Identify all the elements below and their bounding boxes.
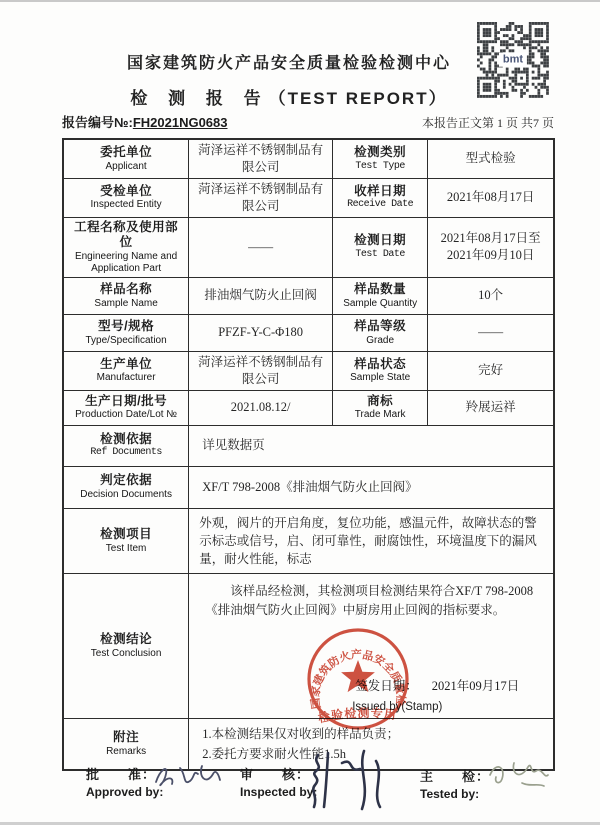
label-cell: 样品等级Grade xyxy=(333,314,428,351)
label-cell: 样品状态Sample State xyxy=(333,351,428,390)
value-cell: XF/T 798-2008《排油烟气防火止回阀》 xyxy=(189,466,554,508)
field-label-zh: 样品名称 xyxy=(68,282,184,298)
label-cell: 型号/规格Type/Specification xyxy=(63,314,189,351)
tested-by-label-en: Tested by: xyxy=(420,787,490,801)
report-title-en: （TEST REPORT） xyxy=(269,89,448,108)
inspected-signature xyxy=(302,745,392,815)
field-label-zh: 检测依据 xyxy=(68,432,184,448)
label-cell: 检测结论Test Conclusion xyxy=(63,573,189,718)
stamp-star xyxy=(341,660,375,692)
table-row-ref-documents: 检测依据Ref Documents 详见数据页 xyxy=(63,425,554,466)
value-cell: —— xyxy=(428,314,554,351)
label-cell: 生产单位Manufacturer xyxy=(63,351,189,390)
field-label-zh: 判定依据 xyxy=(68,473,184,489)
report-number-line: 报告编号№:FH2021NG0683 本报告正文第 1 页 共7 页 xyxy=(62,112,554,131)
field-label-zh: 样品状态 xyxy=(337,357,423,373)
label-cell: 检测类别Test Type xyxy=(333,139,428,178)
field-label-zh: 检测类别 xyxy=(337,145,423,161)
value-cell: 2021年08月17日 xyxy=(428,178,554,217)
report-number-value: FH2021NG0683 xyxy=(133,115,228,130)
field-label-en: Engineering Name and Application Part xyxy=(68,251,184,275)
value-cell: 菏泽运祥不锈钢制品有限公司 xyxy=(189,178,333,217)
label-cell: 生产日期/批号Production Date/Lot № xyxy=(63,390,189,425)
field-label-en: Production Date/Lot № xyxy=(68,409,184,421)
label-cell: 检测日期Test Date xyxy=(333,217,428,277)
label-cell: 商标Trade Mark xyxy=(333,390,428,425)
field-label-zh: 型号/规格 xyxy=(68,319,184,335)
value-cell: 10个 xyxy=(428,277,554,314)
qr-code: bmt xyxy=(477,22,549,98)
value-cell: 型式检验 xyxy=(428,139,554,178)
field-label-en: Ref Documents xyxy=(68,447,184,459)
field-label-en: Trade Mark xyxy=(337,409,423,421)
value-cell: 外观，阀片的开启角度，复位功能，感温元件，故障状态的警示标志或信号，启、闭可靠性… xyxy=(189,508,554,573)
value-cell: —— xyxy=(189,217,333,277)
table-row-applicant: 委托单位Applicant 菏泽运祥不锈钢制品有限公司 检测类别Test Typ… xyxy=(63,139,554,178)
table-row-sample-name: 样品名称Sample Name 排油烟气防火止回阀 样品数量Sample Qua… xyxy=(63,277,554,314)
qr-center-label: bmt xyxy=(499,53,527,67)
value-cell: 菏泽运祥不锈钢制品有限公司 xyxy=(189,139,333,178)
value-cell: 2021年08月17日至2021年09月10日 xyxy=(428,217,554,277)
field-label-zh: 样品数量 xyxy=(337,282,423,298)
value-cell: 2021.08.12/ xyxy=(189,390,333,425)
value-cell: 详见数据页 xyxy=(189,425,554,466)
table-row-decision-documents: 判定依据Decision Documents XF/T 798-2008《排油烟… xyxy=(63,466,554,508)
field-label-en: Grade xyxy=(337,335,423,347)
tested-by-block: 主 检： Tested by: xyxy=(420,766,490,801)
value-cell: PFZF-Y-C-Φ180 xyxy=(189,314,333,351)
field-label-zh: 检测结论 xyxy=(68,632,184,648)
label-cell: 检测依据Ref Documents xyxy=(63,425,189,466)
field-label-zh: 委托单位 xyxy=(68,145,184,161)
table-row-type-specification: 型号/规格Type/Specification PFZF-Y-C-Φ180 样品… xyxy=(63,314,554,351)
field-label-en: Applicant xyxy=(68,161,184,173)
field-label-zh: 生产单位 xyxy=(68,357,184,373)
report-page: 国家建筑防火产品安全质量检验检测中心 检 测 报 告（TEST REPORT） … xyxy=(0,0,600,825)
field-label-en: Sample Name xyxy=(68,298,184,310)
label-cell: 受检单位Inspected Entity xyxy=(63,178,189,217)
label-cell: 收样日期Receive Date xyxy=(333,178,428,217)
report-number-label: 报告编号№: xyxy=(62,115,133,130)
label-cell: 判定依据Decision Documents xyxy=(63,466,189,508)
field-label-en: Sample State xyxy=(337,372,423,384)
label-cell: 样品名称Sample Name xyxy=(63,277,189,314)
field-label-zh: 检测日期 xyxy=(337,233,423,249)
field-label-zh: 附注 xyxy=(68,730,184,746)
approved-signature xyxy=(150,756,225,801)
field-label-zh: 样品等级 xyxy=(337,319,423,335)
table-row-engineering-name: 工程名称及使用部位Engineering Name and Applicatio… xyxy=(63,217,554,277)
field-label-zh: 商标 xyxy=(337,394,423,410)
scan-edge-top xyxy=(0,0,600,2)
report-title-zh: 检 测 报 告 xyxy=(130,89,268,108)
field-label-en: Sample Quantity xyxy=(337,298,423,310)
table-row-manufacturer: 生产单位Manufacturer 菏泽运祥不锈钢制品有限公司 样品状态Sampl… xyxy=(63,351,554,390)
field-label-en: Test Date xyxy=(337,249,423,261)
field-label-en: Type/Specification xyxy=(68,335,184,347)
field-label-zh: 检测项目 xyxy=(68,527,184,543)
field-label-en: Test Item xyxy=(68,543,184,555)
table-row-production-date: 生产日期/批号Production Date/Lot № 2021.08.12/… xyxy=(63,390,554,425)
field-label-en: Manufacturer xyxy=(68,372,184,384)
field-label-zh: 收样日期 xyxy=(337,184,423,200)
value-cell: 完好 xyxy=(428,351,554,390)
field-label-zh: 受检单位 xyxy=(68,184,184,200)
sign-date-value: 2021年09月17日 xyxy=(432,679,520,693)
page-info: 本报告正文第 1 页 共7 页 xyxy=(422,114,554,131)
field-label-zh: 生产日期/批号 xyxy=(68,394,184,410)
table-row-inspected-entity: 受检单位Inspected Entity 菏泽运祥不锈钢制品有限公司 收样日期R… xyxy=(63,178,554,217)
field-label-en: Test Type xyxy=(337,161,423,173)
field-label-en: Decision Documents xyxy=(68,489,184,501)
label-cell: 委托单位Applicant xyxy=(63,139,189,178)
label-cell: 检测项目Test Item xyxy=(63,508,189,573)
label-cell: 样品数量Sample Quantity xyxy=(333,277,428,314)
table-row-test-item: 检测项目Test Item 外观，阀片的开启角度，复位功能，感温元件，故障状态的… xyxy=(63,508,554,573)
tested-signature xyxy=(484,753,554,795)
value-cell: 菏泽运祥不锈钢制品有限公司 xyxy=(189,351,333,390)
field-label-en: Test Conclusion xyxy=(68,648,184,660)
value-cell: 羚展运祥 xyxy=(428,390,554,425)
official-stamp: 国家建筑防火产品安全质量检验检测中心 检验检测专用章 xyxy=(306,627,410,731)
field-label-en: Receive Date xyxy=(337,199,423,211)
conclusion-text: 该样品经检测，其检测项目检测结果符合XF/T 798-2008《排油烟气防火止回… xyxy=(193,576,549,620)
report-number: 报告编号№:FH2021NG0683 xyxy=(62,112,228,131)
tested-by-label-zh: 主 检： xyxy=(420,766,490,785)
label-cell: 工程名称及使用部位Engineering Name and Applicatio… xyxy=(63,217,189,277)
field-label-en: Inspected Entity xyxy=(68,199,184,211)
value-cell: 排油烟气防火止回阀 xyxy=(189,277,333,314)
field-label-zh: 工程名称及使用部位 xyxy=(68,220,184,251)
